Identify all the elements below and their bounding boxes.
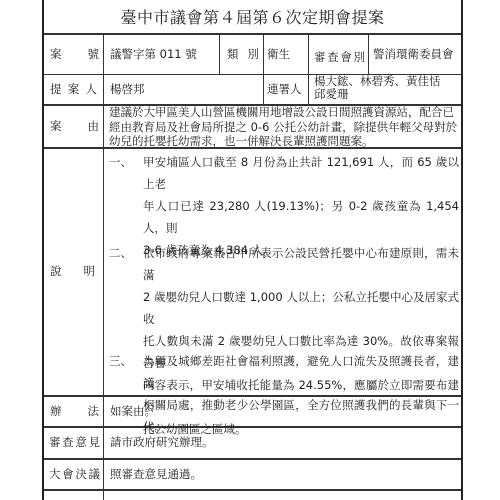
case-number-value: 議警字第 011 號: [104, 35, 219, 74]
reason-label: 案由: [44, 105, 103, 147]
reason-line: 建議於大甲區美人山營區機關用地增設公設日間照護資源站，配合已: [109, 105, 459, 120]
method-value: 如案由。: [104, 396, 463, 426]
proposer-value: 楊啓邦: [104, 75, 263, 104]
proposer-label: 提案人: [44, 75, 103, 104]
method-label: 辦法: [44, 396, 103, 426]
reason-line: 經由教育局及社會局所提之 0-6 公托公幼計畫，除提供年輕父母對於: [109, 120, 459, 135]
proposal-form: 臺中市議會第４屆第６次定期會提案 案號 議警字第 011 號 類別 衛生 審查會…: [42, 0, 463, 500]
explanation-label: 說明: [44, 148, 103, 395]
case-number-label: 案號: [44, 35, 103, 74]
reason-text: 建議於大甲區美人山營區機關用地增設公設日間照護資源站，配合已 經由教育局及社會局…: [109, 105, 459, 149]
review-committee-value: 警消環衛委員會: [369, 35, 463, 74]
council-resolution-value: 照審查意見通過。: [104, 459, 463, 489]
document-title: 臺中市議會第４屆第６次定期會提案: [44, 4, 461, 32]
review-committee-label: 審查會別: [309, 38, 368, 77]
cosigners-value: 楊大鋐、林碧秀、黃佳恬 邱愛珊: [309, 75, 463, 104]
council-resolution-label: 大會決議: [44, 459, 103, 489]
review-opinion-label: 審查意見: [44, 427, 103, 458]
divider: [44, 489, 461, 491]
reason-line: 幼兒的托嬰托幼需求，也一併解決長輩照護問題案。: [109, 134, 459, 149]
cosigners-label: 連署人: [264, 75, 308, 104]
review-opinion-value: 請市政府研究辦理。: [104, 427, 463, 458]
category-value: 衛生: [264, 35, 308, 74]
category-label: 類別: [220, 35, 263, 74]
